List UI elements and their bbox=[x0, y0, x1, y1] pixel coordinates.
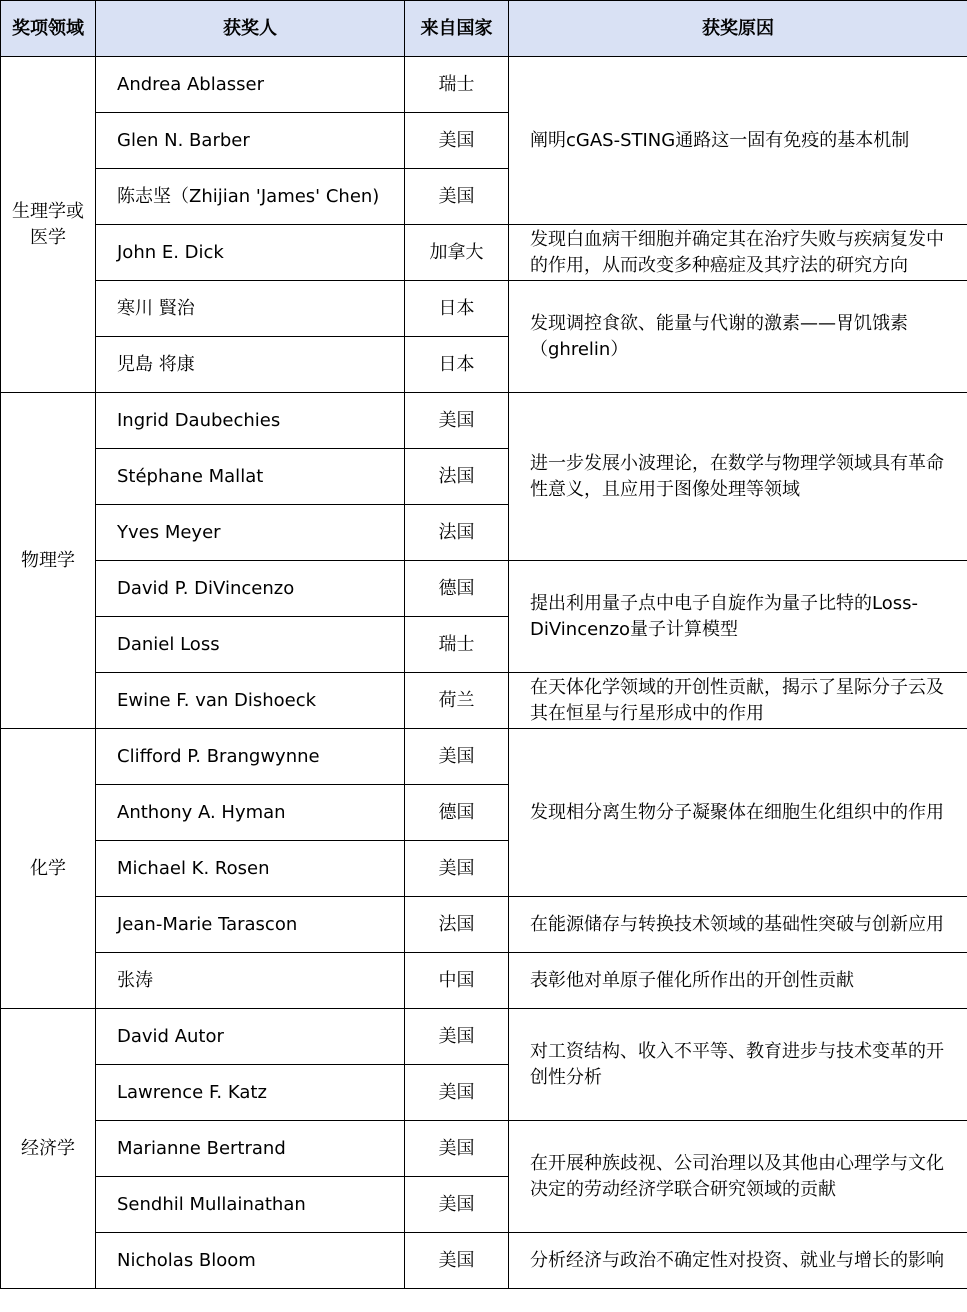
award-reason-cell: 对工资结构、收入不平等、教育进步与技术变革的开创性分析 bbox=[509, 1009, 967, 1121]
table-row: John E. Dick加拿大发现白血病干细胞并确定其在治疗失败与疾病复发中的作… bbox=[1, 225, 967, 281]
laureate-name-cell: Ingrid Daubechies bbox=[96, 393, 405, 449]
country-cell: 美国 bbox=[405, 393, 509, 449]
header-country: 来自国家 bbox=[405, 1, 509, 57]
award-reason-cell: 发现白血病干细胞并确定其在治疗失败与疾病复发中的作用，从而改变多种癌症及其疗法的… bbox=[509, 225, 967, 281]
laureate-name-cell: Glen N. Barber bbox=[96, 113, 405, 169]
laureate-name-cell: Stéphane Mallat bbox=[96, 449, 405, 505]
laureate-name-cell: Sendhil Mullainathan bbox=[96, 1177, 405, 1233]
award-reason-cell: 分析经济与政治不确定性对投资、就业与增长的影响 bbox=[509, 1233, 967, 1289]
award-reason-cell: 在能源储存与转换技术领域的基础性突破与创新应用 bbox=[509, 897, 967, 953]
laureate-name-cell: David Autor bbox=[96, 1009, 405, 1065]
laureate-name-cell: David P. DiVincenzo bbox=[96, 561, 405, 617]
header-row: 奖项领域 获奖人 来自国家 获奖原因 bbox=[1, 1, 967, 57]
country-cell: 美国 bbox=[405, 1009, 509, 1065]
country-cell: 德国 bbox=[405, 561, 509, 617]
award-reason-cell: 发现相分离生物分子凝聚体在细胞生化组织中的作用 bbox=[509, 729, 967, 897]
header-laureate: 获奖人 bbox=[96, 1, 405, 57]
table-row: 生理学或医学Andrea Ablasser瑞士阐明cGAS-STING通路这一固… bbox=[1, 57, 967, 113]
laureate-name-cell: Nicholas Bloom bbox=[96, 1233, 405, 1289]
country-cell: 瑞士 bbox=[405, 617, 509, 673]
country-cell: 美国 bbox=[405, 169, 509, 225]
header-field: 奖项领域 bbox=[1, 1, 96, 57]
table-row: 寒川 賢治日本发现调控食欲、能量与代谢的激素——胃饥饿素（ghrelin） bbox=[1, 281, 967, 337]
laureate-name-cell: 陈志坚（Zhijian 'James' Chen) bbox=[96, 169, 405, 225]
table-row: Ewine F. van Dishoeck荷兰在天体化学领域的开创性贡献，揭示了… bbox=[1, 673, 967, 729]
table-row: Jean-Marie Tarascon法国在能源储存与转换技术领域的基础性突破与… bbox=[1, 897, 967, 953]
country-cell: 加拿大 bbox=[405, 225, 509, 281]
award-field-cell: 生理学或医学 bbox=[1, 57, 96, 393]
table-row: 张涛中国表彰他对单原子催化所作出的开创性贡献 bbox=[1, 953, 967, 1009]
laureate-name-cell: Lawrence F. Katz bbox=[96, 1065, 405, 1121]
country-cell: 美国 bbox=[405, 113, 509, 169]
country-cell: 法国 bbox=[405, 897, 509, 953]
award-field-cell: 物理学 bbox=[1, 393, 96, 729]
laureate-name-cell: Ewine F. van Dishoeck bbox=[96, 673, 405, 729]
laureate-name-cell: Michael K. Rosen bbox=[96, 841, 405, 897]
country-cell: 德国 bbox=[405, 785, 509, 841]
laureate-name-cell: Clifford P. Brangwynne bbox=[96, 729, 405, 785]
award-field-cell: 经济学 bbox=[1, 1009, 96, 1289]
country-cell: 瑞士 bbox=[405, 57, 509, 113]
table-row: 物理学Ingrid Daubechies美国进一步发展小波理论，在数学与物理学领… bbox=[1, 393, 967, 449]
laureate-name-cell: 寒川 賢治 bbox=[96, 281, 405, 337]
country-cell: 美国 bbox=[405, 841, 509, 897]
country-cell: 中国 bbox=[405, 953, 509, 1009]
table-row: 经济学David Autor美国对工资结构、收入不平等、教育进步与技术变革的开创… bbox=[1, 1009, 967, 1065]
country-cell: 美国 bbox=[405, 1121, 509, 1177]
table-row: Nicholas Bloom美国分析经济与政治不确定性对投资、就业与增长的影响 bbox=[1, 1233, 967, 1289]
laureate-name-cell: Marianne Bertrand bbox=[96, 1121, 405, 1177]
award-reason-cell: 在天体化学领域的开创性贡献，揭示了星际分子云及其在恒星与行星形成中的作用 bbox=[509, 673, 967, 729]
award-reason-cell: 提出利用量子点中电子自旋作为量子比特的Loss-DiVincenzo量子计算模型 bbox=[509, 561, 967, 673]
laureate-name-cell: Andrea Ablasser bbox=[96, 57, 405, 113]
country-cell: 美国 bbox=[405, 1065, 509, 1121]
laureate-name-cell: 张涛 bbox=[96, 953, 405, 1009]
award-reason-cell: 阐明cGAS-STING通路这一固有免疫的基本机制 bbox=[509, 57, 967, 225]
laureate-name-cell: Jean-Marie Tarascon bbox=[96, 897, 405, 953]
awards-table: 奖项领域 获奖人 来自国家 获奖原因 生理学或医学Andrea Ablasser… bbox=[0, 0, 967, 1289]
country-cell: 美国 bbox=[405, 729, 509, 785]
award-field-cell: 化学 bbox=[1, 729, 96, 1009]
country-cell: 法国 bbox=[405, 505, 509, 561]
table-row: Marianne Bertrand美国在开展种族歧视、公司治理以及其他由心理学与… bbox=[1, 1121, 967, 1177]
country-cell: 法国 bbox=[405, 449, 509, 505]
country-cell: 日本 bbox=[405, 281, 509, 337]
country-cell: 美国 bbox=[405, 1177, 509, 1233]
laureate-name-cell: John E. Dick bbox=[96, 225, 405, 281]
laureate-name-cell: Anthony A. Hyman bbox=[96, 785, 405, 841]
table-body: 生理学或医学Andrea Ablasser瑞士阐明cGAS-STING通路这一固… bbox=[1, 57, 967, 1289]
laureate-name-cell: Yves Meyer bbox=[96, 505, 405, 561]
country-cell: 荷兰 bbox=[405, 673, 509, 729]
award-reason-cell: 进一步发展小波理论，在数学与物理学领域具有革命性意义，且应用于图像处理等领域 bbox=[509, 393, 967, 561]
country-cell: 美国 bbox=[405, 1233, 509, 1289]
laureate-name-cell: 児島 将康 bbox=[96, 337, 405, 393]
header-reason: 获奖原因 bbox=[509, 1, 967, 57]
award-reason-cell: 表彰他对单原子催化所作出的开创性贡献 bbox=[509, 953, 967, 1009]
laureate-name-cell: Daniel Loss bbox=[96, 617, 405, 673]
table-row: 化学Clifford P. Brangwynne美国发现相分离生物分子凝聚体在细… bbox=[1, 729, 967, 785]
table-row: David P. DiVincenzo德国提出利用量子点中电子自旋作为量子比特的… bbox=[1, 561, 967, 617]
award-reason-cell: 发现调控食欲、能量与代谢的激素——胃饥饿素（ghrelin） bbox=[509, 281, 967, 393]
award-reason-cell: 在开展种族歧视、公司治理以及其他由心理学与文化决定的劳动经济学联合研究领域的贡献 bbox=[509, 1121, 967, 1233]
country-cell: 日本 bbox=[405, 337, 509, 393]
